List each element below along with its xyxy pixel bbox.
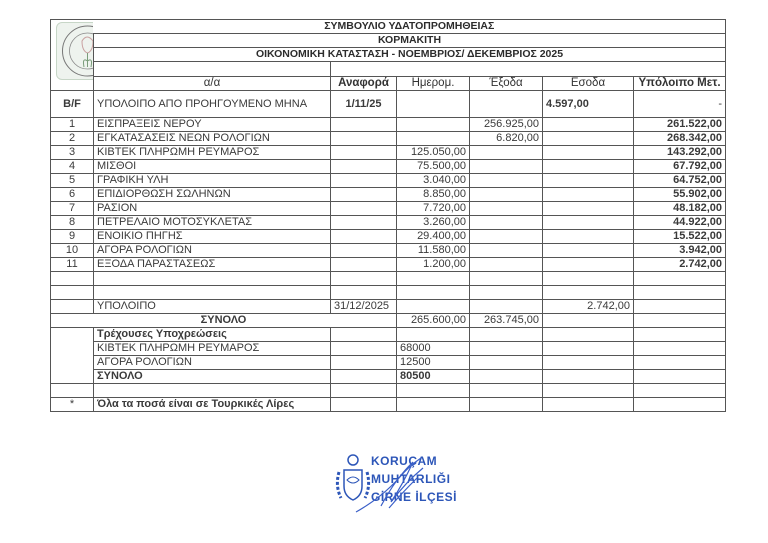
logo-cell (51, 20, 94, 91)
cell-expense: 7.720,00 (397, 202, 470, 216)
cell-date (331, 258, 397, 272)
cell-balance: 55.902,00 (634, 188, 726, 202)
closing-balance-row: ΥΠΟΛΟΙΠΟ 31/12/2025 2.742,00 (51, 300, 726, 314)
cell-expense: 11.580,00 (397, 244, 470, 258)
cell-no: 6 (51, 188, 94, 202)
table-row: 4ΜΙΣΘΟΙ75.500,0067.792,00 (51, 160, 726, 174)
liability-row: ΚΙΒΤΕΚ ΠΛΗΡΩΜΗ ΡΕΥΜΑΡΟΣ 68000 (51, 342, 726, 356)
cell-expense: 3.040,00 (397, 174, 470, 188)
table-row: 9ΕΝΟΙΚΙΟ ΠΗΓΗΣ29.400,0015.522,00 (51, 230, 726, 244)
opening-balance-row: B/F ΥΠΟΛΟΙΠΟ ΑΠΟ ΠΡΟΗΓΟΥΜΕΝΟ ΜΗΝΑ 1/11/2… (51, 91, 726, 118)
col-no: α/α (94, 77, 331, 91)
cell-desc: ΕΝΟΙΚΙΟ ΠΗΓΗΣ (94, 230, 331, 244)
cell-income (470, 258, 543, 272)
table-row: 1ΕΙΣΠΡΑΞΕΙΣ ΝΕΡΟΥ256.925,00261.522,00 (51, 118, 726, 132)
cell-no: 4 (51, 160, 94, 174)
cell-desc: ΕΠΙΔΙΟΡΘΩΣΗ ΣΩΛΗΝΩΝ (94, 188, 331, 202)
cell-carried (543, 118, 634, 132)
liability-row: ΑΓΟΡΑ ΡΟΛΟΓΙΩΝ 12500 (51, 356, 726, 370)
blank-row (51, 286, 726, 300)
table-row: 6ΕΠΙΔΙΟΡΘΩΣΗ ΣΩΛΗΝΩΝ8.850,0055.902,00 (51, 188, 726, 202)
column-header-row: α/α Αναφορά Ημερομ. Έξοδα Εσοδα Υπόλοιπο… (51, 77, 726, 91)
cell-no: 11 (51, 258, 94, 272)
cell-date (331, 174, 397, 188)
cell-carried (543, 174, 634, 188)
village-logo (56, 22, 94, 80)
col-carried: Υπόλοιπο Μετ. (634, 77, 726, 91)
cell-income (470, 230, 543, 244)
village-name: ΚΟΡΜΑΚΙΤΗ (94, 34, 726, 48)
table-row: 2ΕΓΚΑΤΑΣΑΣΕΙΣ ΝΕΩΝ ΡΟΛΟΓΙΩΝ6.820,00268.3… (51, 132, 726, 146)
cell-desc: ΚΙΒΤΕΚ ΠΛΗΡΩΜΗ ΡΕΥΜΑΡΟΣ (94, 146, 331, 160)
cell-carried (543, 188, 634, 202)
cell-expense: 29.400,00 (397, 230, 470, 244)
cell-no: 5 (51, 174, 94, 188)
cell-date (331, 146, 397, 160)
financial-statement-sheet: ΣΥΜΒΟΥΛΙΟ ΥΔΑΤΟΠΡΟΜΗΘΕΙΑΣ ΚΟΡΜΑΚΙΤΗ ΟΙΚΟ… (50, 19, 725, 412)
cell-balance: 2.742,00 (634, 258, 726, 272)
cell-expense: 8.850,00 (397, 188, 470, 202)
cell-carried (543, 258, 634, 272)
table-row: 3ΚΙΒΤΕΚ ΠΛΗΡΩΜΗ ΡΕΥΜΑΡΟΣ125.050,00143.29… (51, 146, 726, 160)
statement-table: ΣΥΜΒΟΥΛΙΟ ΥΔΑΤΟΠΡΟΜΗΘΕΙΑΣ ΚΟΡΜΑΚΙΤΗ ΟΙΚΟ… (50, 19, 726, 412)
cell-date (331, 118, 397, 132)
tulip-emblem-icon (57, 23, 94, 79)
footnote-row: * Όλα τα ποσά είναι σε Τουρκικές Λίρες (51, 398, 726, 412)
cell-expense (397, 132, 470, 146)
liabilities-title-row: Τρέχουσες Υποχρεώσεις (51, 328, 726, 342)
cell-date (331, 216, 397, 230)
cell-balance: 15.522,00 (634, 230, 726, 244)
cell-income (470, 244, 543, 258)
liabilities-total-row: ΣΥΝΟΛΟ 80500 (51, 370, 726, 384)
table-row: 11ΕΞΟΔΑ ΠΑΡΑΣΤΑΣΕΩΣ1.200,002.742,00 (51, 258, 726, 272)
cell-income: 256.925,00 (470, 118, 543, 132)
cell-date (331, 202, 397, 216)
cell-carried (543, 132, 634, 146)
official-stamp: KORUÇAM MUHTARLIĞI GİRNE İLÇESİ (333, 448, 483, 518)
cell-income (470, 174, 543, 188)
cell-no: 9 (51, 230, 94, 244)
cell-carried (543, 230, 634, 244)
cell-balance: 143.292,00 (634, 146, 726, 160)
cell-desc: ΡΑΣΙΟΝ (94, 202, 331, 216)
cell-desc: ΓΡΑΦΙΚΗ ΥΛΗ (94, 174, 331, 188)
cell-no: 2 (51, 132, 94, 146)
cell-carried (543, 160, 634, 174)
cell-income: 6.820,00 (470, 132, 543, 146)
cell-desc: ΕΓΚΑΤΑΣΑΣΕΙΣ ΝΕΩΝ ΡΟΛΟΓΙΩΝ (94, 132, 331, 146)
cell-balance: 261.522,00 (634, 118, 726, 132)
col-expense: Έξοδα (470, 77, 543, 91)
cell-date (331, 188, 397, 202)
blank-header-row (331, 62, 726, 77)
cell-expense: 3.260,00 (397, 216, 470, 230)
cell-balance: 48.182,00 (634, 202, 726, 216)
cell-date (331, 132, 397, 146)
cell-date (331, 160, 397, 174)
cell-no: 10 (51, 244, 94, 258)
col-income: Εσοδα (543, 77, 634, 91)
cell-expense: 75.500,00 (397, 160, 470, 174)
table-row: 8ΠΕΤΡΕΛΑΙΟ ΜΟΤΟΣΥΚΛΕΤΑΣ3.260,0044.922,00 (51, 216, 726, 230)
blank-row (51, 272, 726, 286)
org-name: ΣΥΜΒΟΥΛΙΟ ΥΔΑΤΟΠΡΟΜΗΘΕΙΑΣ (94, 20, 726, 34)
cell-balance: 268.342,00 (634, 132, 726, 146)
cell-desc: ΕΙΣΠΡΑΞΕΙΣ ΝΕΡΟΥ (94, 118, 331, 132)
entry-rows: 1ΕΙΣΠΡΑΞΕΙΣ ΝΕΡΟΥ256.925,00261.522,002ΕΓ… (51, 118, 726, 272)
cell-desc: ΜΙΣΘΟΙ (94, 160, 331, 174)
cell-expense: 1.200,00 (397, 258, 470, 272)
col-date: Ημερομ. (397, 77, 470, 91)
cell-desc: ΑΓΟΡΑ ΡΟΛΟΓΙΩΝ (94, 244, 331, 258)
cell-carried (543, 202, 634, 216)
statement-title: ΟΙΚΟΝΟΜΙΚΗ ΚΑΤΑΣΤΑΣΗ - ΝΟΕΜΒΡΙΟΣ/ ΔΕΚΕΜΒ… (94, 48, 726, 62)
cell-expense: 125.050,00 (397, 146, 470, 160)
cell-income (470, 202, 543, 216)
cell-no: 8 (51, 216, 94, 230)
cell-balance: 3.942,00 (634, 244, 726, 258)
cell-income (470, 216, 543, 230)
cell-carried (543, 216, 634, 230)
col-reference: Αναφορά (331, 77, 397, 91)
cell-balance: 64.752,00 (634, 174, 726, 188)
totals-row: ΣΥΝΟΛΟ 265.600,00 263.745,00 (51, 314, 726, 328)
table-row: 5ΓΡΑΦΙΚΗ ΥΛΗ3.040,0064.752,00 (51, 174, 726, 188)
blank-row (51, 384, 726, 398)
cell-desc: ΕΞΟΔΑ ΠΑΡΑΣΤΑΣΕΩΣ (94, 258, 331, 272)
cell-balance: 67.792,00 (634, 160, 726, 174)
cell-carried (543, 146, 634, 160)
cell-expense (397, 118, 470, 132)
cell-carried (543, 244, 634, 258)
cell-balance: 44.922,00 (634, 216, 726, 230)
cell-desc: ΠΕΤΡΕΛΑΙΟ ΜΟΤΟΣΥΚΛΕΤΑΣ (94, 216, 331, 230)
table-row: 7ΡΑΣΙΟΝ7.720,0048.182,00 (51, 202, 726, 216)
cell-no: 7 (51, 202, 94, 216)
cell-date (331, 230, 397, 244)
cell-income (470, 146, 543, 160)
cell-income (470, 160, 543, 174)
cell-income (470, 188, 543, 202)
cell-no: 1 (51, 118, 94, 132)
cell-no: 3 (51, 146, 94, 160)
signature-icon (351, 448, 441, 518)
table-row: 10ΑΓΟΡΑ ΡΟΛΟΓΙΩΝ11.580,003.942,00 (51, 244, 726, 258)
cell-date (331, 244, 397, 258)
